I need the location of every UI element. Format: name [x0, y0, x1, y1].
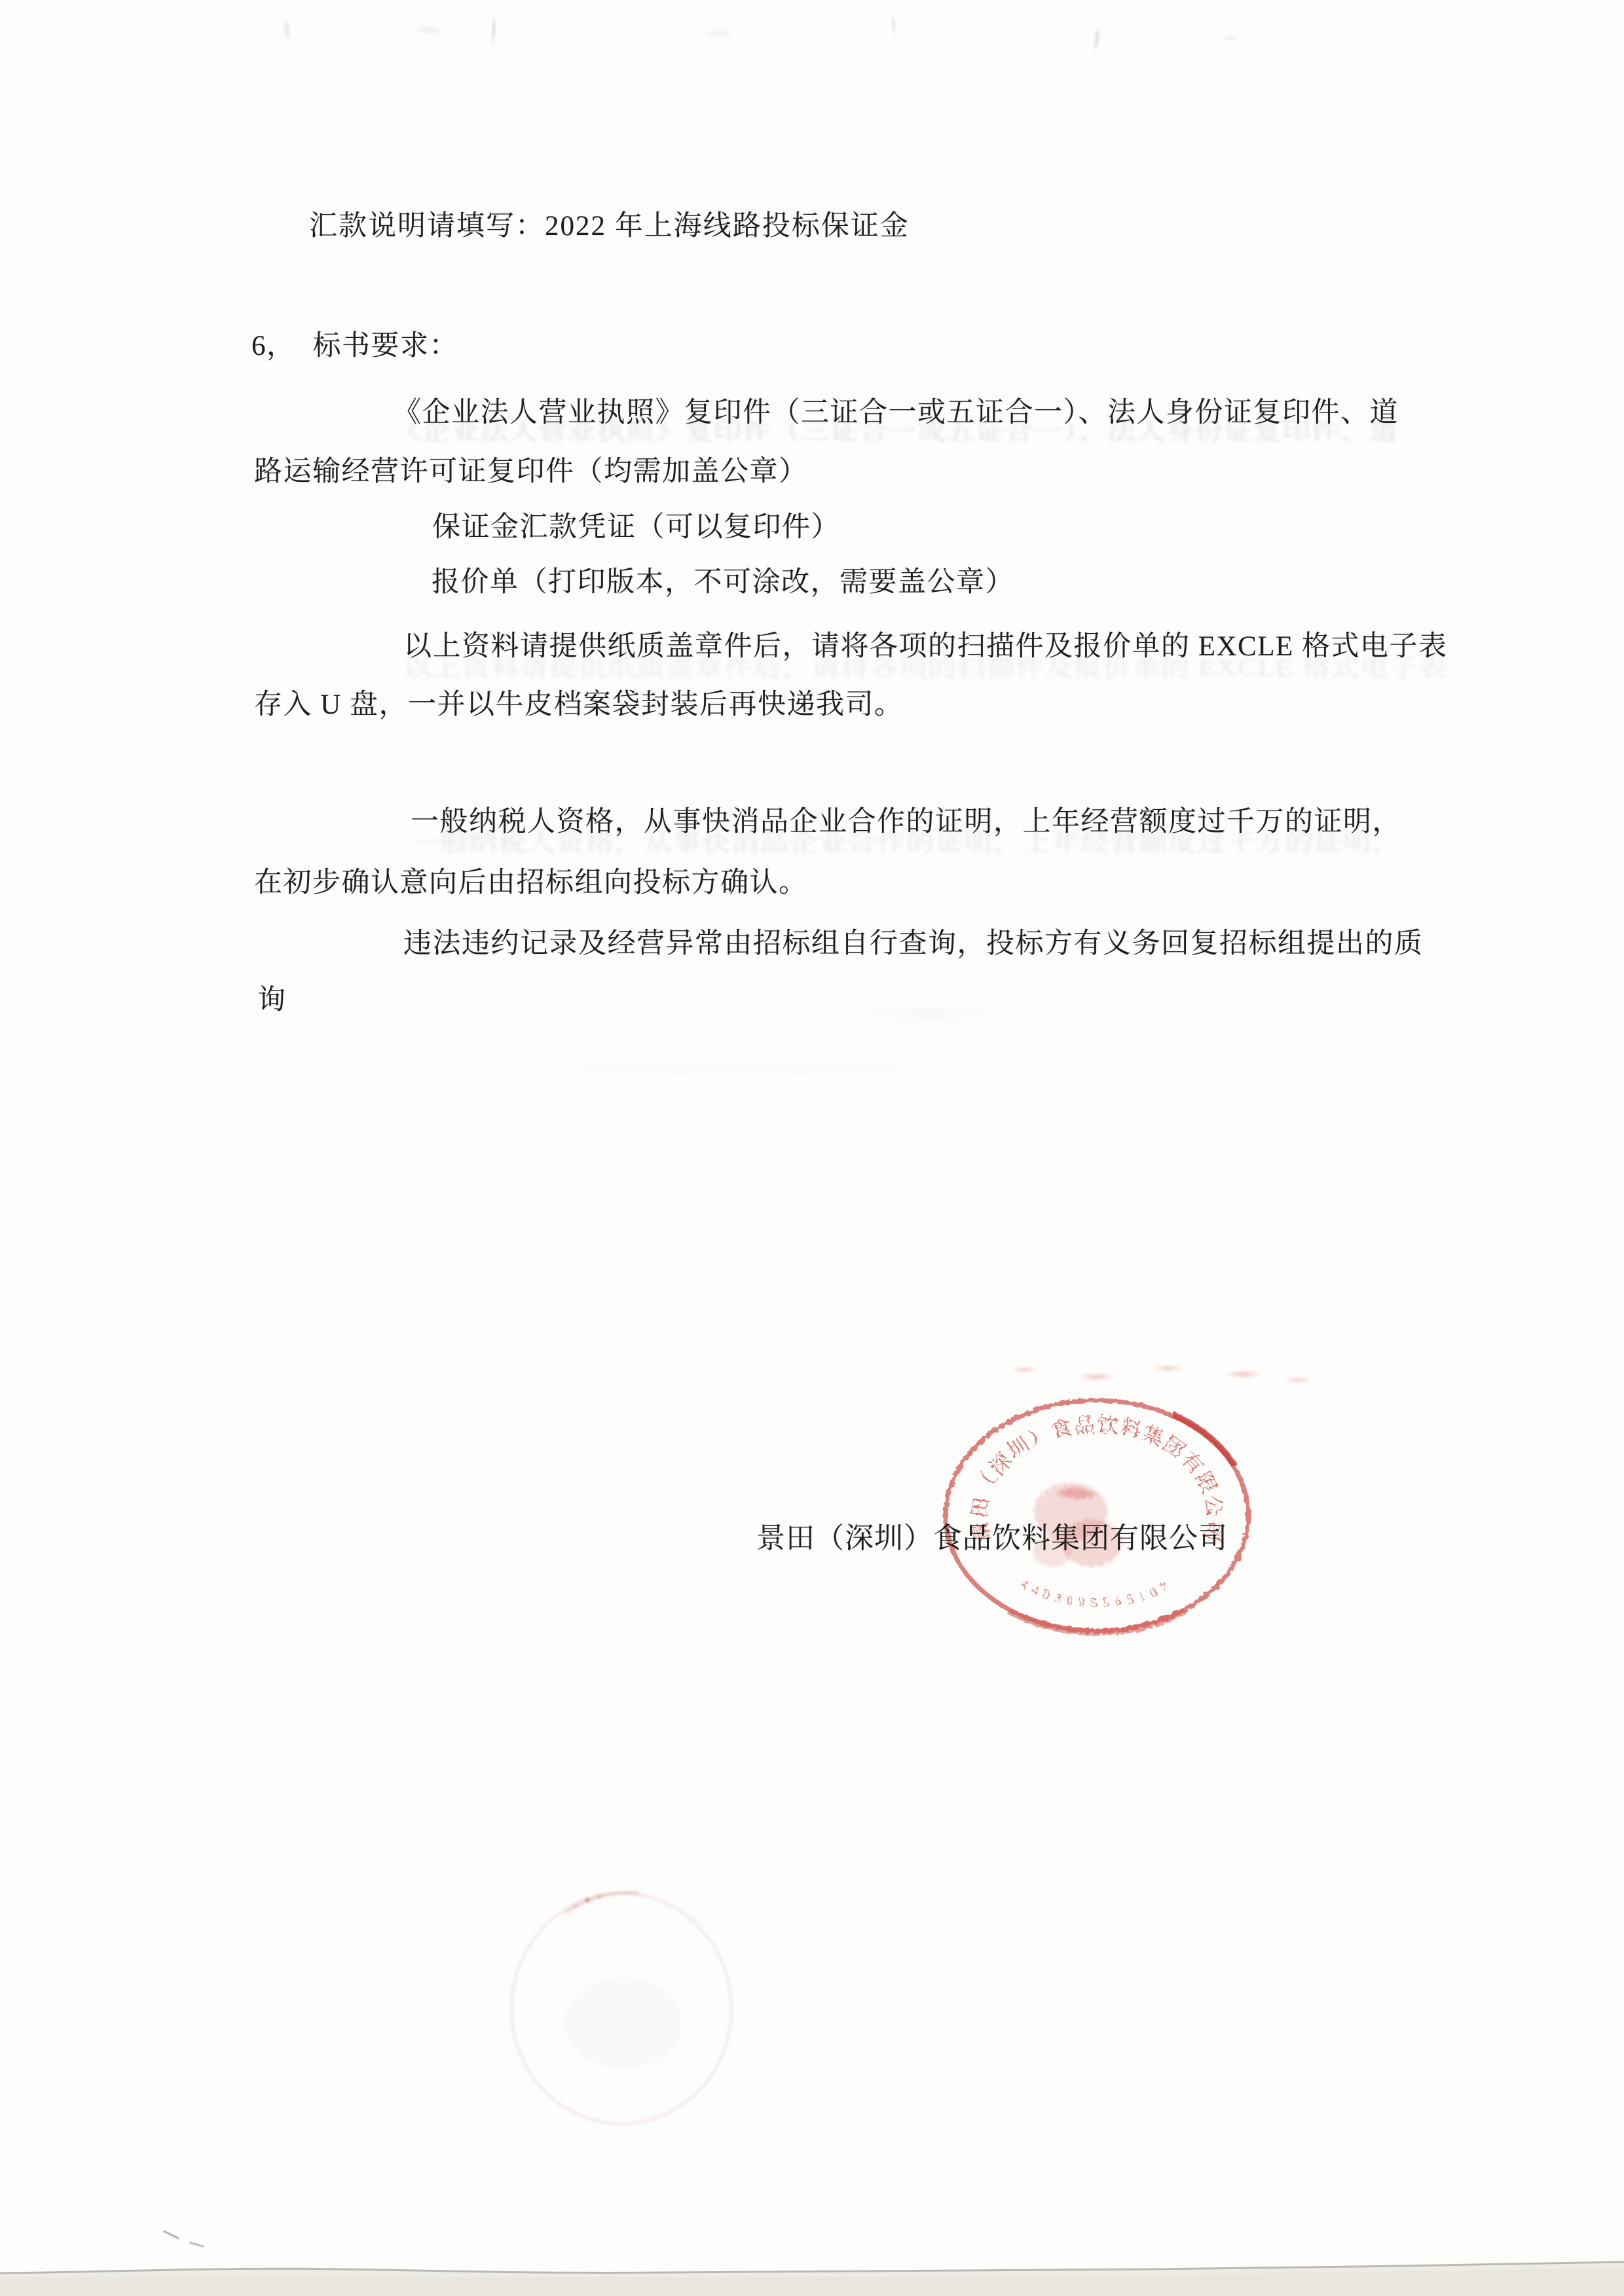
line-remittance-note: 汇款说明请填写：2022 年上海线路投标保证金: [309, 204, 910, 244]
line-quotation: 报价单（打印版本，不可涂改，需要盖公章）: [432, 560, 1014, 600]
line-violation-2: 询: [257, 977, 287, 1017]
scan-noise-dash: [163, 2230, 180, 2240]
scan-ghost-echo: 一般纳税人资格，从事快消品企业合作的证明，上年经营额度过千万的证明，: [411, 824, 1401, 858]
section-6-title: 标书要求：: [313, 331, 459, 361]
seal-dense-arc-bottom: [1009, 1611, 1185, 1632]
scan-noise-dash: [189, 2242, 204, 2248]
line-license-copy-2: 路运输经营许可证复印件（均需加盖公章）: [254, 449, 808, 489]
line-section-6-heading: 6，标书要求：: [251, 323, 458, 363]
scan-noise-mark: [281, 16, 292, 42]
scan-noise-mark: [1222, 34, 1239, 42]
show-through-smudge: [458, 1062, 1022, 1078]
show-through-smudge: [838, 1005, 1022, 1023]
seal-ink-speckle: [1283, 1376, 1312, 1384]
scanned-document-page: 汇款说明请填写：2022 年上海线路投标保证金 6，标书要求： 《企业法人营业执…: [0, 0, 1624, 2296]
scan-noise-mark: [1092, 24, 1102, 54]
line-deposit-receipt: 保证金汇款凭证（可以复印件）: [432, 505, 840, 545]
seal-ink-speckle: [1012, 1366, 1038, 1374]
faint-stamp-ghost: [502, 1886, 745, 2134]
scan-ghost-echo: 以上资料请提供纸质盖章件后，请将各项的扫描件及报价单的 EXCLE 格式电子表: [403, 649, 1448, 683]
line-materials-2: 存入 U 盘，一并以牛皮档案袋封装后再快递我司。: [254, 682, 904, 722]
seal-center-emblem: [1033, 1483, 1122, 1567]
scan-noise-mark: [414, 24, 446, 36]
section-6-index: 6，: [251, 331, 296, 361]
scan-noise-mark: [490, 13, 498, 47]
company-seal-stamp: 景田（深圳）食品饮料集团有限公司 4403005565107: [940, 1395, 1254, 1636]
line-violation-1: 违法违约记录及经营异常由招标组自行查询，投标方有义务回复招标组提出的质: [403, 921, 1424, 961]
seal-ink-speckle: [1225, 1370, 1261, 1379]
scan-noise-mark: [702, 28, 736, 39]
seal-ink-speckle: [1077, 1372, 1116, 1381]
scan-ghost-echo: 《企业法人营业执照》复印件（三证合一或五证合一）、法人身份证复印件、道: [393, 413, 1399, 447]
seal-serial-number: 4403005565107: [1018, 1576, 1176, 1611]
scan-noise-mark: [890, 10, 897, 38]
paper-bottom-edge: [0, 2257, 1624, 2296]
seal-ink-speckle: [1153, 1364, 1184, 1372]
line-taxpayer-2: 在初步确认意向后由招标组向投标方确认。: [254, 860, 808, 900]
